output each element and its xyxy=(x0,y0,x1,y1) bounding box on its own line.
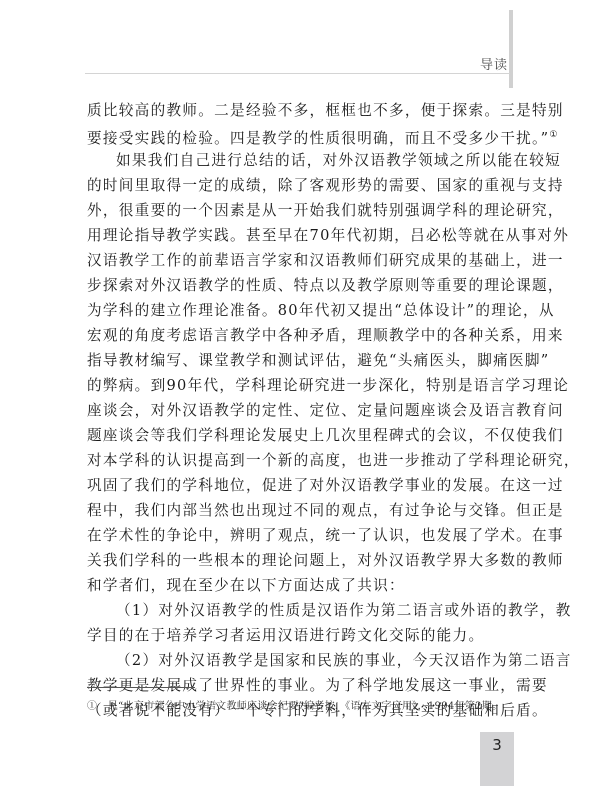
text-line-content: 宏观的角度考虑语言教学中各种矛盾，理顺教学中的各种关系，用来 xyxy=(87,327,564,344)
header-rule xyxy=(85,73,510,74)
text-line: 如果我们自己进行总结的话，对外汉语教学领域之所以能在较短 xyxy=(87,148,513,173)
text-line-content: 的弊病。到90年代，学科理论研究进一步深化，特别是语言学习理论 xyxy=(87,377,569,394)
text-line-content: 座谈会，对外汉语教学的定性、定位、定量问题座谈会及语言教育问 xyxy=(87,402,564,419)
text-line: 用理论指导教学实践。甚至早在70年代初期，吕必松等就在从事对外 xyxy=(87,223,513,248)
text-line-content: 巩固了我们的学科地位，促进了对外汉语教学事业的发展。在这一过 xyxy=(87,477,564,494)
text-line-content: 汉语教学工作的前辈语言学家和汉语教师们研究成果的基础上，进一 xyxy=(87,252,564,269)
page-number: 3 xyxy=(480,736,514,754)
text-line: 学目的在于培养学习者运用汉语进行跨文化交际的能力。 xyxy=(87,623,513,648)
text-line: 为学科的建立作理论准备。80年代初又提出“总体设计”的理论，从 xyxy=(87,298,513,323)
page-number-box: 3 xyxy=(480,732,514,786)
text-line: 程中，我们内部当然也出现过不同的观点，有过争论与交锋。但正是 xyxy=(87,498,513,523)
text-line-content: 程中，我们内部当然也出现过不同的观点，有过争论与交锋。但正是 xyxy=(87,502,564,519)
text-line: （2）对外汉语教学是国家和民族的事业，今天汉语作为第二语言 xyxy=(87,648,513,673)
text-line-content: 学目的在于培养学习者运用汉语进行跨文化交际的能力。 xyxy=(87,627,484,644)
text-line-content: 步探索对外汉语教学的性质、特点以及教学原则等重要的理论课题， xyxy=(87,277,564,294)
text-line: 步探索对外汉语教学的性质、特点以及教学原则等重要的理论课题， xyxy=(87,273,513,298)
text-line-content: 要接受实践的检验。四是教学的性质很明确，而且不受多少干扰。” xyxy=(87,130,549,147)
text-line-content: 为学科的建立作理论准备。80年代初又提出“总体设计”的理论，从 xyxy=(87,302,555,319)
text-line: 外，很重要的一个因素是从一开始我们就特别强调学科的理论研究， xyxy=(87,198,513,223)
text-line: 对本学科的认识提高到一个新的高度，也进一步推动了学科理论研究， xyxy=(87,448,513,473)
text-line-content: 题座谈会等我们学科理论发展史上几次里程碑式的会议，不仅使我们 xyxy=(87,427,564,444)
text-line: 宏观的角度考虑语言教学中各种矛盾，理顺教学中的各种关系，用来 xyxy=(87,323,513,348)
text-line-content: 在学术性的争论中，辨明了观点，统一了认识，也发展了学术。在事 xyxy=(87,527,564,544)
text-line: 在学术性的争论中，辨明了观点，统一了认识，也发展了学术。在事 xyxy=(87,523,513,548)
text-line: 要接受实践的检验。四是教学的性质很明确，而且不受多少干扰。”① xyxy=(87,123,513,148)
text-line: 教学更是发展成了世界性的事业。为了科学地发展这一事业，需要 xyxy=(87,673,513,698)
text-line: 巩固了我们的学科地位，促进了对外汉语教学事业的发展。在这一过 xyxy=(87,473,513,498)
text-line: 的弊病。到90年代，学科理论研究进一步深化，特别是语言学习理论 xyxy=(87,373,513,398)
footnote-reference: ① xyxy=(549,130,557,140)
text-line-content: 用理论指导教学实践。甚至早在70年代初期，吕必松等就在从事对外 xyxy=(87,227,569,244)
text-line-content: 质比较高的教师。二是经验不多，框框也不多，便于探索。三是特别 xyxy=(87,102,564,119)
text-line: 指导教材编写、课堂教学和测试评估，避免“头痛医头，脚痛医脚” xyxy=(87,348,513,373)
text-line: 和学者们，现在至少在以下方面达成了共识： xyxy=(87,573,513,598)
text-line: 汉语教学工作的前辈语言学家和汉语教师们研究成果的基础上，进一 xyxy=(87,248,513,273)
text-line-content: 如果我们自己进行总结的话，对外汉语教学领域之所以能在较短 xyxy=(116,152,561,169)
text-line: 的时间里取得一定的成绩，除了客观形势的需要、国家的重视与支持 xyxy=(87,173,513,198)
text-line-content: 教学更是发展成了世界性的事业。为了科学地发展这一事业，需要 xyxy=(87,677,548,694)
text-line-content: 关我们学科的一些根本的理论问题上，对外汉语教学界大多数的教师 xyxy=(87,552,564,569)
side-tab-bar xyxy=(509,10,513,88)
footnote-rule xyxy=(87,687,195,688)
text-line-content: 的时间里取得一定的成绩，除了客观形势的需要、国家的重视与支持 xyxy=(87,177,564,194)
text-line-content: 对本学科的认识提高到一个新的高度，也进一步推动了学科理论研究， xyxy=(87,452,580,469)
text-line: 题座谈会等我们学科理论发展史上几次里程碑式的会议，不仅使我们 xyxy=(87,423,513,448)
text-line-content: （1）对外汉语教学的性质是汉语作为第二语言或外语的教学，教 xyxy=(116,602,572,619)
running-head: 导读 xyxy=(480,54,508,73)
text-line-content: 外，很重要的一个因素是从一开始我们就特别强调学科的理论研究， xyxy=(87,202,564,219)
text-line: 座谈会，对外汉语教学的定性、定位、定量问题座谈会及语言教育问 xyxy=(87,398,513,423)
text-line: 关我们学科的一些根本的理论问题上，对外汉语教学界大多数的教师 xyxy=(87,548,513,573)
text-line-content: （2）对外汉语教学是国家和民族的事业，今天汉语作为第二语言 xyxy=(116,652,572,669)
text-line: （1）对外汉语教学的性质是汉语作为第二语言或外语的教学，教 xyxy=(87,598,513,623)
footnote-mark: ① xyxy=(87,701,97,712)
body-text: 质比较高的教师。二是经验不多，框框也不多，便于探索。三是特别要接受实践的检验。四… xyxy=(87,98,513,723)
text-line: 质比较高的教师。二是经验不多，框框也不多，便于探索。三是特别 xyxy=(87,98,513,123)
footnote: ① 见“北京市部分中小学语文教师座谈会纪要”编者按，《语言文字应用》，1994年… xyxy=(87,697,502,712)
text-line-content: 和学者们，现在至少在以下方面达成了共识： xyxy=(87,577,405,594)
footnote-text: 见“北京市部分中小学语文教师座谈会纪要”编者按，《语言文字应用》，1994年第2… xyxy=(108,701,503,712)
text-line-content: 指导教材编写、课堂教学和测试评估，避免“头痛医头，脚痛医脚” xyxy=(87,352,550,369)
